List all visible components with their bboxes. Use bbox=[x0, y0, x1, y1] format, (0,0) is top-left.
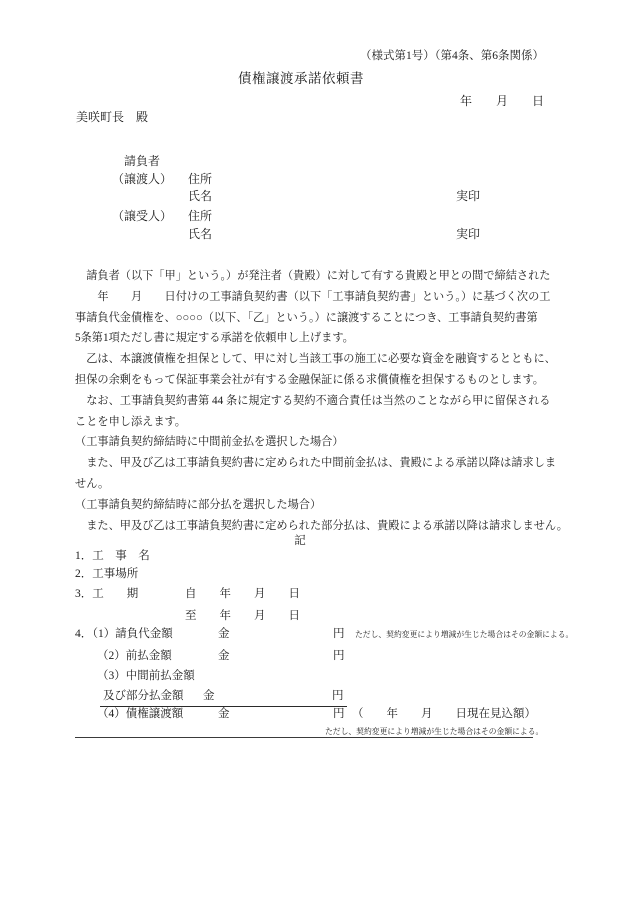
partial-payment-underline-row: 及び部分払金額 金 円 bbox=[100, 687, 347, 707]
assignment-amount-estimate-blank: （ 年 月 日現在見込額） bbox=[352, 705, 536, 721]
form-reference: （様式第1号）（第4条、第6条関係） bbox=[360, 47, 544, 63]
body-text: 請負者（以下「甲」という。）が発注者（貴殿）に対して有する貴殿と甲との間で締結さ… bbox=[75, 266, 567, 536]
period-from-blank: 自 年 月 日 bbox=[185, 585, 300, 601]
assignee-label: （譲受人） bbox=[112, 207, 172, 224]
work-period-to-row: 至 年 月 日 bbox=[0, 607, 630, 627]
bottom-rule bbox=[75, 737, 533, 738]
work-site-item: 2．工事場所 bbox=[0, 565, 630, 585]
assignment-amount-yen: 円 bbox=[333, 705, 345, 721]
period-to-blank: 至 年 月 日 bbox=[185, 607, 300, 623]
assignee-seal-label: 実印 bbox=[456, 225, 480, 242]
assignment-amount-note: ただし、契約変更により増減が生じた場合はその金額による。 bbox=[325, 726, 543, 737]
advance-payment-kin: 金 bbox=[218, 647, 230, 663]
assignee-address-label: 住所 bbox=[188, 207, 212, 224]
page-title: 債権譲渡承諾依頼書 bbox=[0, 67, 602, 87]
interim-advance-row: （3）中間前払金額 bbox=[0, 667, 630, 687]
ki-heading: 記 bbox=[0, 532, 600, 548]
advance-payment-label: （2）前払金額 bbox=[97, 647, 172, 663]
interim-advance-label: （3）中間前払金額 bbox=[97, 667, 195, 683]
assignor-name-label: 氏名 bbox=[188, 187, 212, 204]
assignment-amount-row: （4）債権譲渡額 金 円 （ 年 月 日現在見込額） bbox=[0, 705, 630, 725]
assignment-amount-kin: 金 bbox=[218, 705, 230, 721]
work-name-item: 1．工 事 名 bbox=[0, 547, 630, 567]
assignment-amount-label: （4）債権譲渡額 bbox=[97, 705, 183, 721]
partial-payment-kin: 金 bbox=[203, 687, 215, 703]
assignor-label: （譲渡人） bbox=[112, 170, 172, 187]
partial-payment-yen: 円 bbox=[332, 687, 344, 703]
document-page: （様式第1号）（第4条、第6条関係） 債権譲渡承諾依頼書 年 月 日 美咲町長 … bbox=[0, 0, 630, 903]
contract-amount-note: ただし、契約変更により増減が生じた場合はその金額による。 bbox=[355, 629, 573, 640]
work-site-label: 2．工事場所 bbox=[75, 565, 138, 581]
contract-amount-kin: 金 bbox=[218, 625, 230, 641]
contract-amount-yen: 円 bbox=[333, 625, 345, 641]
contract-amount-label: 4．（1）請負代金額 bbox=[75, 625, 173, 641]
contract-amount-row: 4．（1）請負代金額 金 円 ただし、契約変更により増減が生じた場合はその金額に… bbox=[0, 625, 630, 645]
advance-payment-yen: 円 bbox=[333, 647, 345, 663]
assignor-seal-label: 実印 bbox=[456, 187, 480, 204]
partial-payment-label: 及び部分払金額 bbox=[103, 687, 184, 703]
date-blank-line: 年 月 日 bbox=[460, 92, 544, 109]
assignee-name-label: 氏名 bbox=[188, 225, 212, 242]
assignor-address-label: 住所 bbox=[188, 170, 212, 187]
work-name-label: 1．工 事 名 bbox=[75, 547, 150, 563]
work-period-item: 3．工 期 自 年 月 日 bbox=[0, 585, 630, 605]
work-period-label: 3．工 期 bbox=[75, 585, 138, 601]
addressee: 美咲町長 殿 bbox=[76, 108, 148, 125]
advance-payment-row: （2）前払金額 金 円 bbox=[0, 647, 630, 667]
contractor-label: 請負者 bbox=[124, 152, 160, 169]
